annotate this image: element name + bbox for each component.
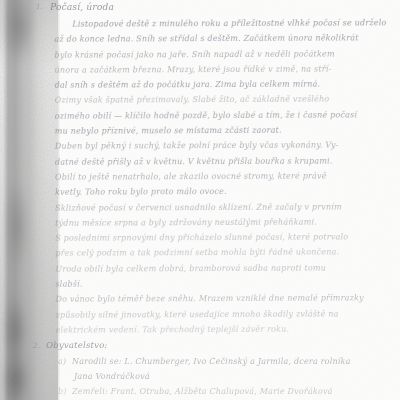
handwritten-line: slabší. xyxy=(55,275,397,292)
handwritten-list-line: b)Zemřeli: Frant. Otruba, Alžběta Chalup… xyxy=(58,384,351,399)
handwritten-line: datné deště přišly až v květnu. V květnu… xyxy=(55,153,397,170)
scan-smudge xyxy=(3,295,27,365)
paragraph-block: Listopadové deště z minulého roku a příl… xyxy=(54,15,397,338)
scan-smudge xyxy=(2,0,36,62)
scanner-shadow-band xyxy=(0,0,58,400)
section-number: 1. xyxy=(36,3,43,11)
handwritten-line: Úroda obilí byla celkem dobrá, bramborov… xyxy=(55,260,397,277)
list-item-label: b) xyxy=(58,384,72,399)
scan-smudge xyxy=(2,350,30,400)
scan-smudge xyxy=(4,180,30,270)
handwritten-line: způsobily silné jinovatky, které usedají… xyxy=(56,306,398,323)
handwritten-line: až do konce ledna. Sníh se střídal s deš… xyxy=(54,31,396,48)
handwritten-line: elektrickém vedení. Tak přechodný teplej… xyxy=(56,321,398,338)
handwritten-line: Duben byl pěkný i suchý, takže polní prá… xyxy=(55,138,397,155)
handwritten-line: bylo krásné počasí jako na jaře. Sníh na… xyxy=(54,46,396,63)
section-number: 2. xyxy=(33,342,40,350)
handwritten-line: Obilí to ještě nenatrhalo, ale zkazilo o… xyxy=(55,168,397,185)
handwritten-line: února a začátkem března. Mrazy, které js… xyxy=(55,61,397,78)
section-heading-weather: 1.Počasí, úroda xyxy=(36,3,114,13)
handwritten-line: Listopadové deště z minulého roku a příl… xyxy=(54,15,396,32)
list-item-label: a) xyxy=(58,354,72,369)
handwritten-line: mu nebylo příznivé, muselo se místama zč… xyxy=(55,122,397,139)
scanned-handwritten-page: 1.Počasí, úroda Listopadové deště z minu… xyxy=(0,0,400,400)
handwritten-line: přes celý podzim a tak podzimní setba mo… xyxy=(55,245,397,262)
handwritten-list-line: a)Narodili se: L. Chumberger, Ivo Čečins… xyxy=(58,354,351,369)
handwritten-line: kvetly. Toho roku bylo proto málo ovoce. xyxy=(55,184,397,201)
handwritten-line: Sklizňové počasí v červenci usnadnilo sk… xyxy=(55,199,397,216)
section-heading-label: Obyvatelstvo: xyxy=(46,341,107,351)
handwritten-line: týdnu měsíce srpna a byly zdržovány neus… xyxy=(55,214,397,231)
handwritten-line: dal sníh s deštěm až do počátku jara. Zi… xyxy=(55,76,397,93)
handwritten-line: S posledními srpnovými dny přicházelo sl… xyxy=(55,229,397,246)
section-items: a)Narodili se: L. Chumberger, Ivo Čečins… xyxy=(58,354,351,399)
section-heading-population: 2.Obyvatelstvo: xyxy=(33,341,108,351)
section-heading-label: Počasí, úroda xyxy=(50,3,114,13)
handwritten-line: Ozimy však špatně přezimovaly. Slabé žit… xyxy=(55,92,397,109)
handwritten-line: ozimého obilí — klíčilo hodně pozdě, byl… xyxy=(55,107,397,124)
handwritten-list-line: Jana Vondráčková xyxy=(58,369,351,384)
handwritten-line: Do vánoc bylo téměř beze sněhu. Mrazem v… xyxy=(56,291,398,308)
